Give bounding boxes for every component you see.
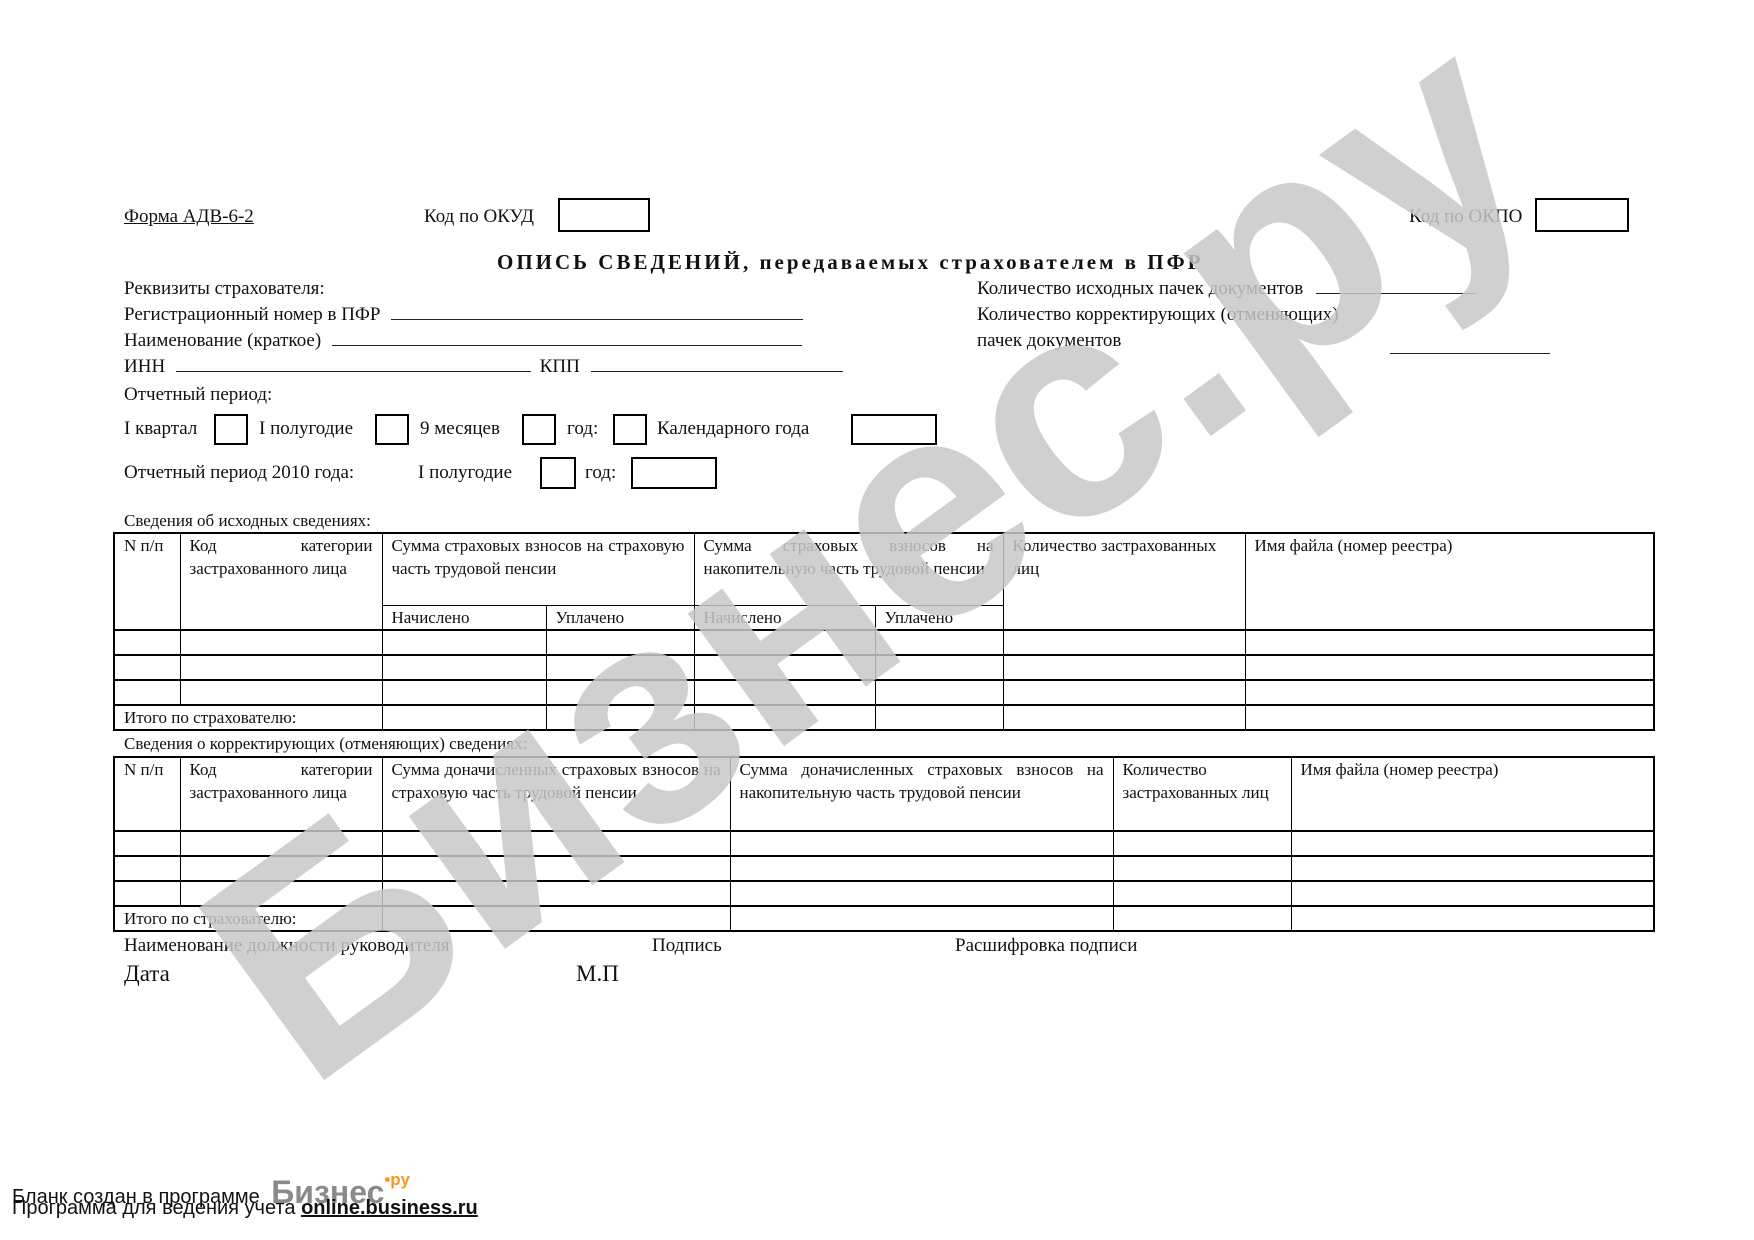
corrective-packs-field[interactable] <box>1390 352 1550 354</box>
table-cell[interactable] <box>546 630 694 655</box>
total-cell[interactable] <box>1291 906 1654 931</box>
table1-caption: Сведения об исходных сведениях: <box>124 511 371 531</box>
table-cell[interactable] <box>382 655 546 680</box>
total-cell[interactable] <box>1245 705 1654 730</box>
table-cell[interactable] <box>546 680 694 705</box>
business-logo-suffix: •ру <box>384 1170 410 1189</box>
table-row <box>114 831 1654 856</box>
table-cell[interactable] <box>382 881 730 906</box>
table-cell[interactable] <box>180 856 382 881</box>
total-cell[interactable] <box>382 906 730 931</box>
inn-kpp-row: ИНН КПП <box>124 356 843 378</box>
header-insurance-part: Сумма доначисленных страховых взносов на… <box>382 757 730 831</box>
header-paid: Уплачено <box>875 605 1003 630</box>
total-cell[interactable] <box>1003 705 1245 730</box>
header-accrued: Начислено <box>382 605 546 630</box>
table-row <box>114 856 1654 881</box>
header-insured-count: Количество застрахованных лиц <box>1003 533 1245 630</box>
form-name: Форма АДВ-6-2 <box>124 206 254 228</box>
kpp-label: КПП <box>540 356 580 377</box>
table-cell[interactable] <box>180 680 382 705</box>
signature-label: Подпись <box>652 935 722 957</box>
corrective-data-table: N п/п Код категории застрахованного лица… <box>113 756 1655 932</box>
okud-field[interactable] <box>558 198 650 232</box>
table-cell[interactable] <box>114 630 180 655</box>
h1-label: I полугодие <box>259 418 353 440</box>
total-row: Итого по страхователю: <box>114 705 1654 730</box>
inn-label: ИНН <box>124 356 165 377</box>
original-packs-label: Количество исходных пачек документов <box>977 278 1303 299</box>
table-cell[interactable] <box>114 831 180 856</box>
year-checkbox[interactable] <box>613 414 647 445</box>
table-cell[interactable] <box>730 856 1113 881</box>
h1-checkbox[interactable] <box>375 414 409 445</box>
name-row: Наименование (краткое) <box>124 330 802 352</box>
table-cell[interactable] <box>1291 831 1654 856</box>
total-label: Итого по страхователю: <box>114 705 382 730</box>
table-cell[interactable] <box>875 680 1003 705</box>
header-file-name: Имя файла (номер реестра) <box>1291 757 1654 831</box>
total-cell[interactable] <box>546 705 694 730</box>
table-cell[interactable] <box>180 630 382 655</box>
table-cell[interactable] <box>114 856 180 881</box>
year-2010-label: год: <box>585 462 616 484</box>
table-cell[interactable] <box>1003 680 1245 705</box>
table-cell[interactable] <box>1291 856 1654 881</box>
total-cell[interactable] <box>1113 906 1291 931</box>
table-cell[interactable] <box>730 881 1113 906</box>
table-row <box>114 680 1654 705</box>
total-cell[interactable] <box>694 705 875 730</box>
okpo-label: Код по ОКПО <box>1409 206 1522 228</box>
table-cell[interactable] <box>694 655 875 680</box>
year-label: год: <box>567 418 598 440</box>
table-cell[interactable] <box>382 680 546 705</box>
table-cell[interactable] <box>382 630 546 655</box>
page-title: ОПИСЬ СВЕДЕНИЙ, передаваемых страховател… <box>497 250 1203 275</box>
table-row <box>114 630 1654 655</box>
table-cell[interactable] <box>114 680 180 705</box>
table-cell[interactable] <box>875 630 1003 655</box>
table-cell[interactable] <box>1113 881 1291 906</box>
q1-checkbox[interactable] <box>214 414 248 445</box>
calendar-year-field[interactable] <box>851 414 937 445</box>
table-cell[interactable] <box>180 655 382 680</box>
table-cell[interactable] <box>180 881 382 906</box>
position-label: Наименование должности руководителя <box>124 935 450 957</box>
table-cell[interactable] <box>1245 630 1654 655</box>
total-label: Итого по страхователю: <box>114 906 382 931</box>
header-category: Код категории застрахованного лица <box>180 533 382 630</box>
total-cell[interactable] <box>730 906 1113 931</box>
table-cell[interactable] <box>382 856 730 881</box>
inn-field[interactable] <box>176 370 531 372</box>
table-cell[interactable] <box>1113 856 1291 881</box>
year-2010-field[interactable] <box>631 457 717 489</box>
table-cell[interactable] <box>694 680 875 705</box>
table-cell[interactable] <box>546 655 694 680</box>
okud-label: Код по ОКУД <box>424 206 534 228</box>
date-label: Дата <box>124 961 170 987</box>
table-cell[interactable] <box>1245 680 1654 705</box>
m9-label: 9 месяцев <box>420 418 500 440</box>
table-row <box>114 881 1654 906</box>
table-cell[interactable] <box>1003 630 1245 655</box>
period-heading: Отчетный период: <box>124 384 272 406</box>
name-field[interactable] <box>332 344 802 346</box>
table-cell[interactable] <box>1003 655 1245 680</box>
original-packs-field[interactable] <box>1316 292 1476 294</box>
h1-2010-checkbox[interactable] <box>540 457 576 489</box>
corrective-packs-label-2: пачек документов <box>977 330 1121 352</box>
insurer-heading: Реквизиты страхователя: <box>124 278 325 300</box>
table-cell[interactable] <box>114 881 180 906</box>
kpp-field[interactable] <box>591 370 843 372</box>
header-category: Код категории застрахованного лица <box>180 757 382 831</box>
calendar-year-label: Календарного года <box>657 418 809 440</box>
signature-decode-label: Расшифровка подписи <box>955 935 1137 957</box>
table-cell[interactable] <box>1291 881 1654 906</box>
okpo-field[interactable] <box>1535 198 1629 232</box>
footer-link[interactable]: online.business.ru <box>301 1197 478 1219</box>
m9-checkbox[interactable] <box>522 414 556 445</box>
total-cell[interactable] <box>875 705 1003 730</box>
total-row: Итого по страхователю: <box>114 906 1654 931</box>
header-funded-part: Сумма страховых взносов на накопительную… <box>694 533 1003 605</box>
table-cell[interactable] <box>114 655 180 680</box>
h1-2010-label: I полугодие <box>418 462 512 484</box>
header-num: N п/п <box>114 757 180 831</box>
header-accrued: Начислено <box>694 605 875 630</box>
table-cell[interactable] <box>1113 831 1291 856</box>
original-data-table: N п/п Код категории застрахованного лица… <box>113 532 1655 731</box>
total-cell[interactable] <box>382 705 546 730</box>
footer-line-2: Программа для ведения учета online.busin… <box>12 1197 478 1220</box>
table-row <box>114 655 1654 680</box>
header-file-name: Имя файла (номер реестра) <box>1245 533 1654 630</box>
table-cell[interactable] <box>180 831 382 856</box>
name-label: Наименование (краткое) <box>124 330 321 351</box>
header-funded-part: Сумма доначисленных страховых взносов на… <box>730 757 1113 831</box>
q1-label: I квартал <box>124 418 197 440</box>
reg-number-row: Регистрационный номер в ПФР <box>124 304 803 326</box>
reg-number-field[interactable] <box>391 318 803 320</box>
table-cell[interactable] <box>694 630 875 655</box>
header-num: N п/п <box>114 533 180 630</box>
corrective-packs-label-1: Количество корректирующих (отменяющих) <box>977 304 1339 326</box>
header-insured-count: Количество застрахованных лиц <box>1113 757 1291 831</box>
table2-caption: Сведения о корректирующих (отменяющих) с… <box>124 734 527 754</box>
stamp-label: М.П <box>576 961 619 987</box>
table-cell[interactable] <box>382 831 730 856</box>
period-2010-label: Отчетный период 2010 года: <box>124 462 354 484</box>
header-insurance-part: Сумма страховых взносов на страховую час… <box>382 533 694 605</box>
reg-number-label: Регистрационный номер в ПФР <box>124 304 381 325</box>
original-packs-row: Количество исходных пачек документов <box>977 278 1476 300</box>
table-cell[interactable] <box>875 655 1003 680</box>
header-paid: Уплачено <box>546 605 694 630</box>
table-cell[interactable] <box>1245 655 1654 680</box>
table-cell[interactable] <box>730 831 1113 856</box>
footer-program-text: Программа для ведения учета <box>12 1197 296 1219</box>
